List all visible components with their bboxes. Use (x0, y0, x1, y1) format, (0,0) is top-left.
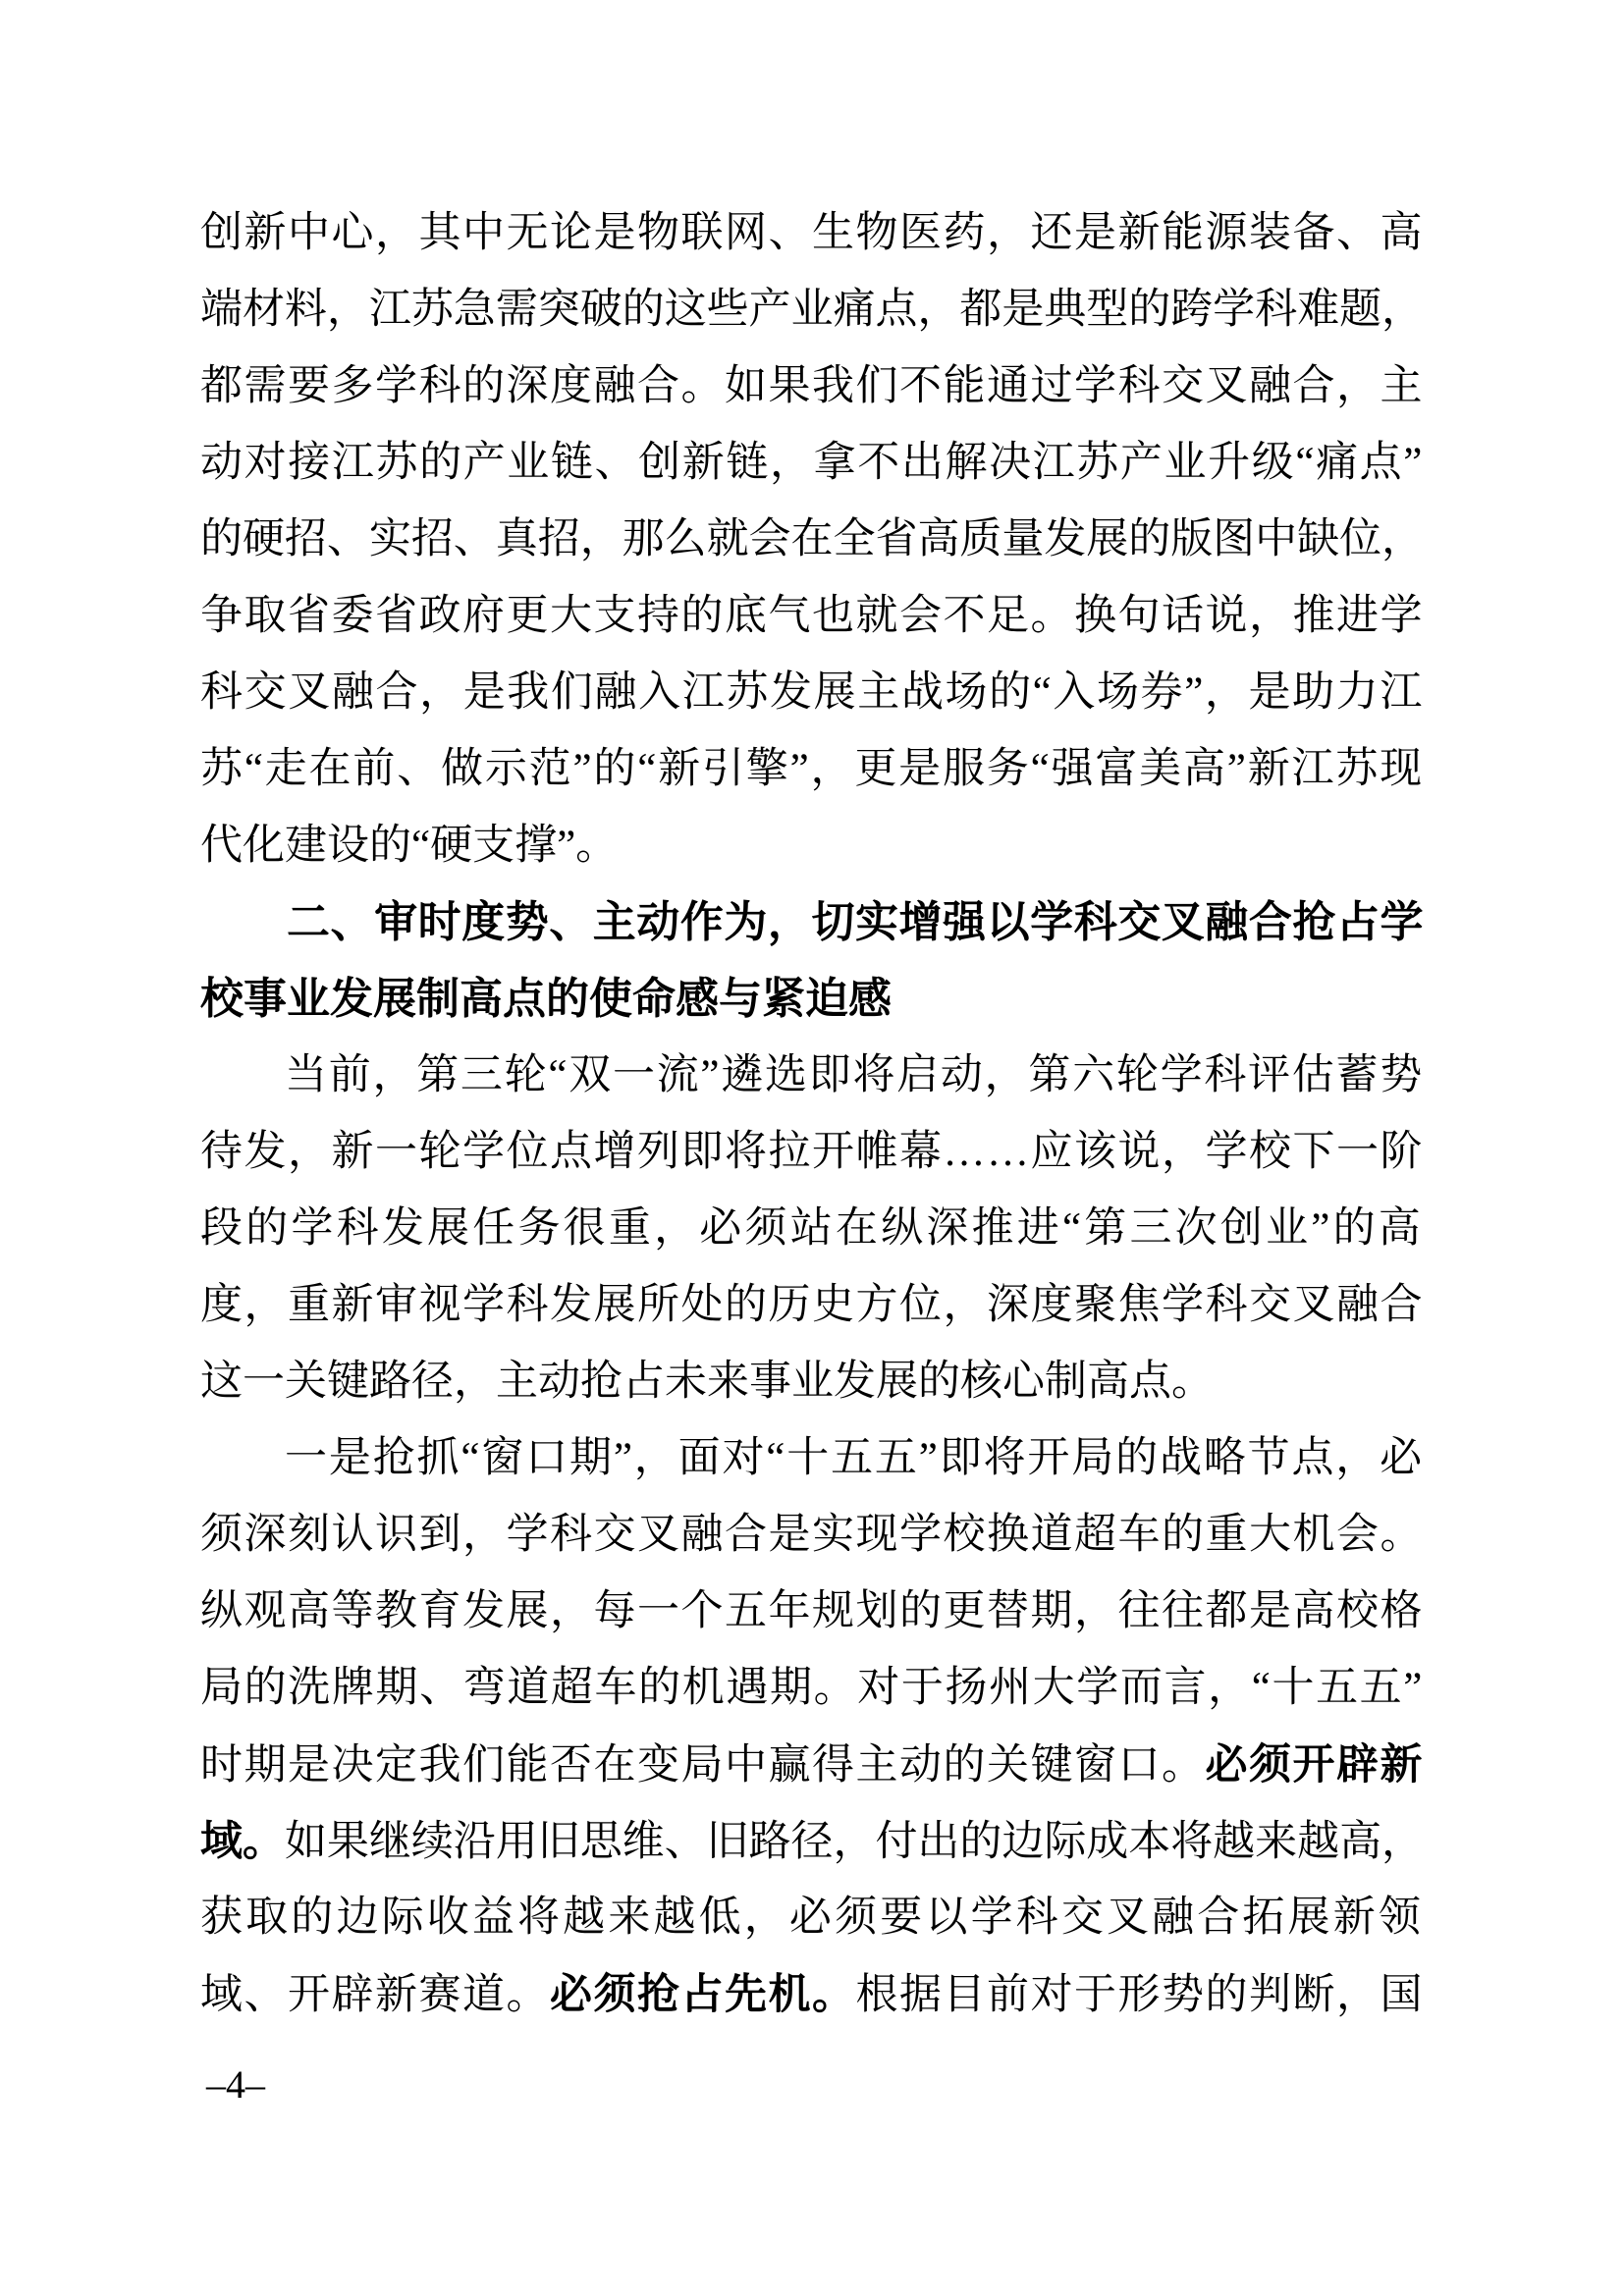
text-segment: 科交叉融合，是我们融入江苏发展主战场的“入场券”，是助力江 (200, 669, 1424, 716)
text-segment: 局的洗牌期、弯道超车的机遇期。对于扬州大学而言，“十五五” (200, 1665, 1424, 1711)
text-line: 段的学科发展任务很重，必须站在纵深推进“第三次创业”的高 (200, 1191, 1424, 1267)
text-segment: 代化建设的“硬支撑”。 (200, 823, 618, 869)
text-line-content: 的硬招、实招、真招，那么就会在全省高质量发展的版图中缺位， (200, 516, 1424, 562)
text-line: 一是抢抓“窗口期”，面对“十五五”即将开局的战略节点，必 (200, 1420, 1424, 1497)
text-segment: 这一关键路径，主动抢占未来事业发展的核心制高点。 (200, 1359, 1214, 1405)
text-segment: 纵观高等教育发展，每一个五年规划的更替期，往往都是高校格 (200, 1588, 1424, 1634)
body-paragraph: 一是抢抓“窗口期”，面对“十五五”即将开局的战略节点，必须深刻认识到，学科交叉融… (200, 1420, 1424, 2033)
text-line-content: 局的洗牌期、弯道超车的机遇期。对于扬州大学而言，“十五五” (200, 1665, 1424, 1711)
text-segment: 端材料，江苏急需突破的这些产业痛点，都是典型的跨学科难题， (200, 287, 1424, 333)
emphasis-text: 校事业发展制高点的使命感与紧迫感 (200, 975, 892, 1023)
text-segment: 的硬招、实招、真招，那么就会在全省高质量发展的版图中缺位， (200, 516, 1424, 562)
text-line-content: 纵观高等教育发展，每一个五年规划的更替期，往往都是高校格 (200, 1588, 1424, 1634)
page-number: –4– (206, 2059, 265, 2110)
text-segment: 如果继续沿用旧思维、旧路径，付出的边际成本将越来越高， (285, 1819, 1424, 1865)
text-line-content: 都需要多学科的深度融合。如果我们不能通过学科交叉融合，主 (200, 363, 1424, 409)
document-content: 创新中心，其中无论是物联网、生物医药，还是新能源装备、高端材料，江苏急需突破的这… (200, 195, 1424, 2033)
text-line: 获取的边际收益将越来越低，必须要以学科交叉融合拓展新领 (200, 1880, 1424, 1956)
text-line-content: 创新中心，其中无论是物联网、生物医药，还是新能源装备、高 (200, 210, 1424, 256)
text-line: 争取省委省政府更大支持的底气也就会不足。换句话说，推进学 (200, 578, 1424, 655)
text-line: 校事业发展制高点的使命感与紧迫感 (200, 961, 1424, 1038)
text-line: 域。如果继续沿用旧思维、旧路径，付出的边际成本将越来越高， (200, 1803, 1424, 1880)
text-line: 科交叉融合，是我们融入江苏发展主战场的“入场券”，是助力江 (200, 655, 1424, 731)
text-line: 创新中心，其中无论是物联网、生物医药，还是新能源装备、高 (200, 195, 1424, 272)
text-line: 度，重新审视学科发展所处的历史方位，深度聚焦学科交叉融合 (200, 1267, 1424, 1344)
text-line-content: 待发，新一轮学位点增列即将拉开帷幕……应该说，学校下一阶 (200, 1129, 1424, 1175)
emphasis-text: 二、审时度势、主动作为，切实增强以学科交叉融合抢占学 (287, 898, 1424, 946)
text-line: 纵观高等教育发展，每一个五年规划的更替期，往往都是高校格 (200, 1574, 1424, 1650)
emphasis-text: 必须开辟新 (1206, 1741, 1425, 1789)
emphasis-text: 域。 (200, 1818, 285, 1865)
text-line-content: 须深刻认识到，学科交叉融合是实现学校换道超车的重大机会。 (200, 1512, 1424, 1558)
section-heading: 二、审时度势、主动作为，切实增强以学科交叉融合抢占学校事业发展制高点的使命感与紧… (200, 884, 1424, 1038)
text-line: 时期是决定我们能否在变局中赢得主动的关键窗口。必须开辟新 (200, 1727, 1424, 1803)
text-line: 苏“走在前、做示范”的“新引擎”，更是服务“强富美高”新江苏现 (200, 731, 1424, 808)
text-segment: 须深刻认识到，学科交叉融合是实现学校换道超车的重大机会。 (200, 1512, 1424, 1558)
text-segment: 时期是决定我们能否在变局中赢得主动的关键窗口。 (200, 1742, 1206, 1789)
text-segment: 待发，新一轮学位点增列即将拉开帷幕……应该说，学校下一阶 (200, 1129, 1424, 1175)
text-segment: 当前，第三轮“双一流”遴选即将启动，第六轮学科评估蓄势 (285, 1052, 1424, 1098)
text-line-content: 动对接江苏的产业链、创新链，拿不出解决江苏产业升级“痛点” (200, 440, 1424, 486)
text-line: 动对接江苏的产业链、创新链，拿不出解决江苏产业升级“痛点” (200, 425, 1424, 502)
text-line: 这一关键路径，主动抢占未来事业发展的核心制高点。 (200, 1344, 1424, 1420)
text-segment: 获取的边际收益将越来越低，必须要以学科交叉融合拓展新领 (200, 1895, 1424, 1941)
text-line-content: 争取省委省政府更大支持的底气也就会不足。换句话说，推进学 (200, 593, 1424, 639)
text-line: 待发，新一轮学位点增列即将拉开帷幕……应该说，学校下一阶 (200, 1114, 1424, 1191)
text-line-content: 二、审时度势、主动作为，切实增强以学科交叉融合抢占学 (287, 898, 1424, 946)
text-segment: 动对接江苏的产业链、创新链，拿不出解决江苏产业升级“痛点” (200, 440, 1424, 486)
text-line-content: 科交叉融合，是我们融入江苏发展主战场的“入场券”，是助力江 (200, 669, 1424, 716)
text-segment: 一是抢抓“窗口期”，面对“十五五”即将开局的战略节点，必 (285, 1435, 1424, 1481)
body-paragraph: 创新中心，其中无论是物联网、生物医药，还是新能源装备、高端材料，江苏急需突破的这… (200, 195, 1424, 884)
text-line: 域、开辟新赛道。必须抢占先机。根据目前对于形势的判断，国 (200, 1956, 1424, 2033)
text-line-content: 度，重新审视学科发展所处的历史方位，深度聚焦学科交叉融合 (200, 1282, 1424, 1328)
text-segment: 创新中心，其中无论是物联网、生物医药，还是新能源装备、高 (200, 210, 1424, 256)
emphasis-text: 必须抢占先机。 (550, 1971, 856, 2018)
text-line-content: 时期是决定我们能否在变局中赢得主动的关键窗口。必须开辟新 (200, 1742, 1424, 1789)
text-line-content: 代化建设的“硬支撑”。 (200, 823, 618, 869)
text-line: 当前，第三轮“双一流”遴选即将启动，第六轮学科评估蓄势 (200, 1038, 1424, 1114)
text-segment: 段的学科发展任务很重，必须站在纵深推进“第三次创业”的高 (200, 1205, 1424, 1252)
body-paragraph: 当前，第三轮“双一流”遴选即将启动，第六轮学科评估蓄势待发，新一轮学位点增列即将… (200, 1038, 1424, 1420)
text-line-content: 端材料，江苏急需突破的这些产业痛点，都是典型的跨学科难题， (200, 287, 1424, 333)
text-segment: 苏“走在前、做示范”的“新引擎”，更是服务“强富美高”新江苏现 (200, 746, 1424, 792)
document-page: 创新中心，其中无论是物联网、生物医药，还是新能源装备、高端材料，江苏急需突破的这… (0, 0, 1624, 2296)
text-segment: 根据目前对于形势的判断，国 (856, 1972, 1425, 2018)
text-segment: 度，重新审视学科发展所处的历史方位，深度聚焦学科交叉融合 (200, 1282, 1424, 1328)
text-line: 须深刻认识到，学科交叉融合是实现学校换道超车的重大机会。 (200, 1497, 1424, 1574)
text-segment: 都需要多学科的深度融合。如果我们不能通过学科交叉融合，主 (200, 363, 1424, 409)
text-line-content: 当前，第三轮“双一流”遴选即将启动，第六轮学科评估蓄势 (285, 1052, 1424, 1098)
text-line-content: 一是抢抓“窗口期”，面对“十五五”即将开局的战略节点，必 (285, 1435, 1424, 1481)
text-line: 二、审时度势、主动作为，切实增强以学科交叉融合抢占学 (200, 884, 1424, 961)
text-line-content: 这一关键路径，主动抢占未来事业发展的核心制高点。 (200, 1359, 1214, 1405)
text-line-content: 获取的边际收益将越来越低，必须要以学科交叉融合拓展新领 (200, 1895, 1424, 1941)
text-line-content: 校事业发展制高点的使命感与紧迫感 (200, 975, 892, 1023)
text-line: 端材料，江苏急需突破的这些产业痛点，都是典型的跨学科难题， (200, 272, 1424, 348)
text-line: 代化建设的“硬支撑”。 (200, 808, 1424, 884)
text-line-content: 域、开辟新赛道。必须抢占先机。根据目前对于形势的判断，国 (200, 1972, 1424, 2018)
text-segment: 域、开辟新赛道。 (200, 1972, 550, 2018)
text-line-content: 苏“走在前、做示范”的“新引擎”，更是服务“强富美高”新江苏现 (200, 746, 1424, 792)
text-line: 都需要多学科的深度融合。如果我们不能通过学科交叉融合，主 (200, 348, 1424, 425)
text-line: 的硬招、实招、真招，那么就会在全省高质量发展的版图中缺位， (200, 502, 1424, 578)
text-line: 局的洗牌期、弯道超车的机遇期。对于扬州大学而言，“十五五” (200, 1650, 1424, 1727)
text-segment: 争取省委省政府更大支持的底气也就会不足。换句话说，推进学 (200, 593, 1424, 639)
text-line-content: 域。如果继续沿用旧思维、旧路径，付出的边际成本将越来越高， (200, 1819, 1424, 1865)
text-line-content: 段的学科发展任务很重，必须站在纵深推进“第三次创业”的高 (200, 1205, 1424, 1252)
